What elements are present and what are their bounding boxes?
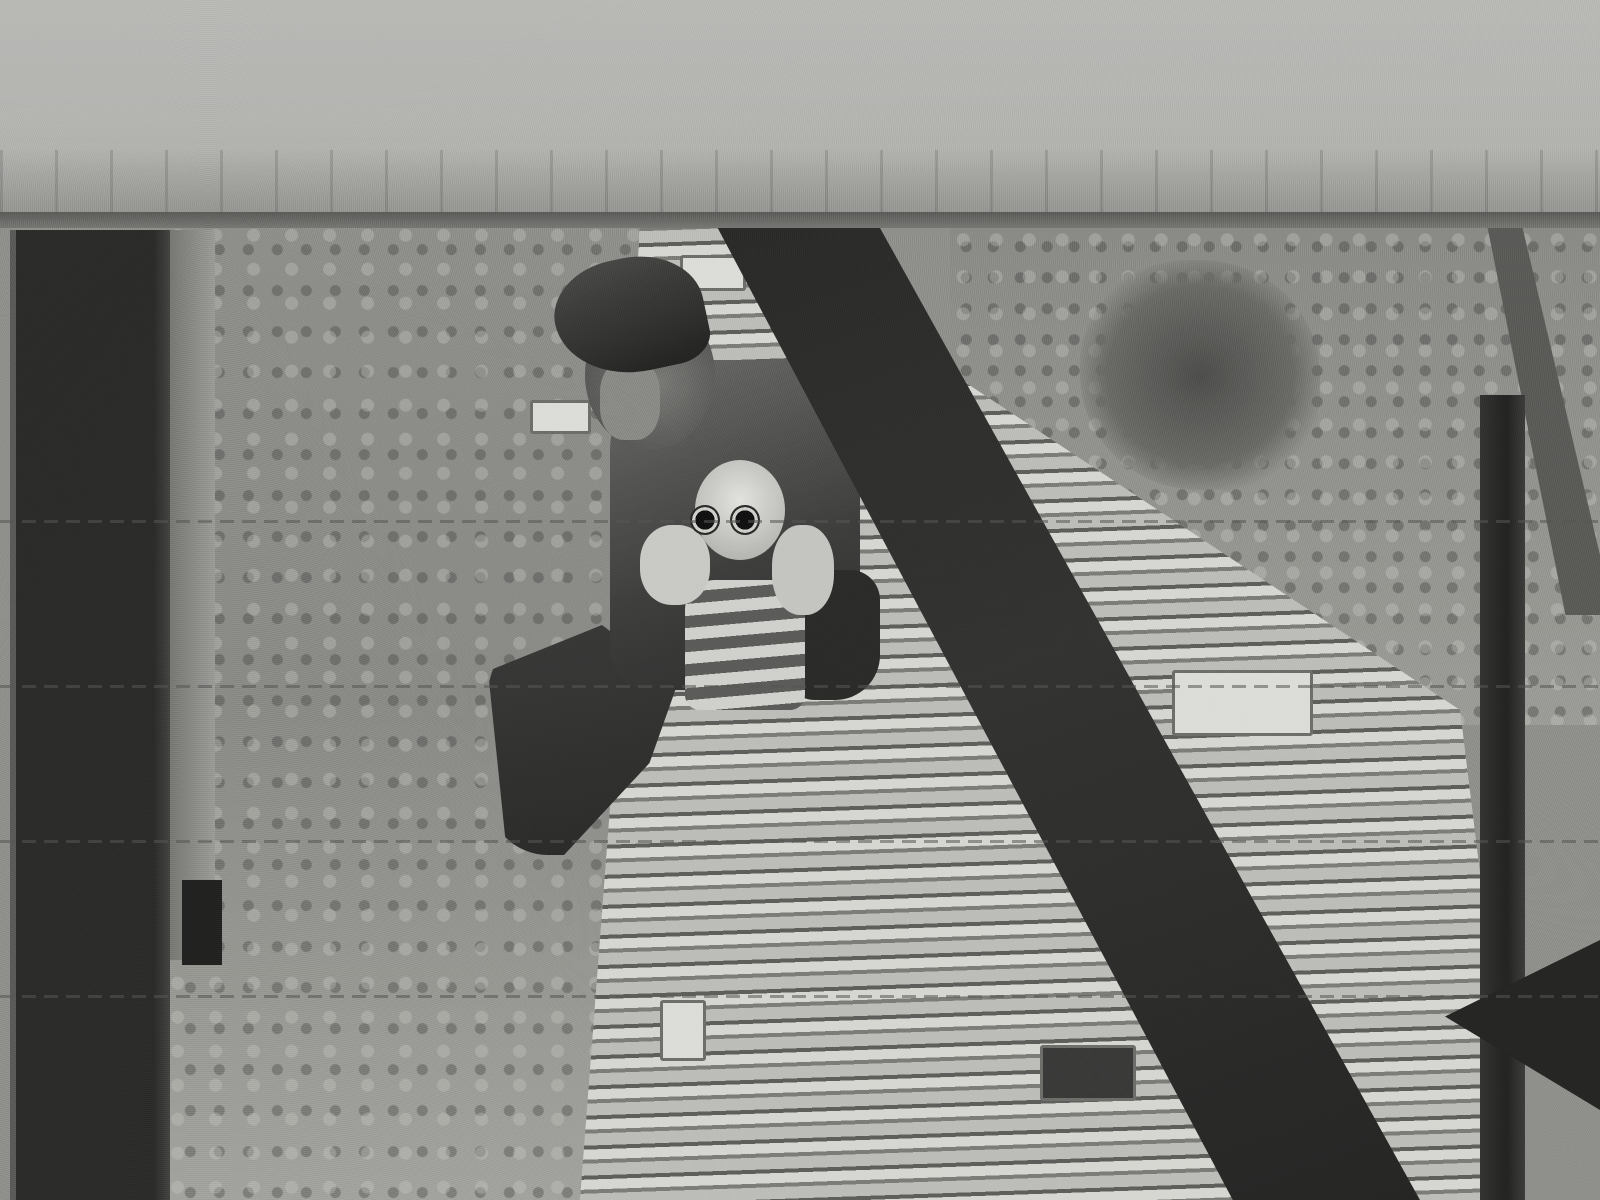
- barbed-wire: [0, 840, 1600, 843]
- photograph: [0, 0, 1600, 1200]
- left-post: [10, 230, 170, 1200]
- bush: [1080, 260, 1320, 490]
- stone-block: [530, 400, 591, 434]
- stone-block: [1172, 670, 1313, 736]
- right-post: [1480, 395, 1525, 1200]
- left-post-block: [182, 880, 222, 965]
- barbed-wire: [0, 520, 1600, 523]
- stone-block: [1040, 1045, 1136, 1101]
- child-arm-right: [772, 525, 834, 615]
- stone-block: [660, 1000, 706, 1061]
- barbed-wire: [0, 685, 1600, 688]
- frame-top-beam: [0, 212, 1600, 228]
- left-post-edge: [170, 230, 215, 960]
- barbed-wire: [0, 995, 1600, 998]
